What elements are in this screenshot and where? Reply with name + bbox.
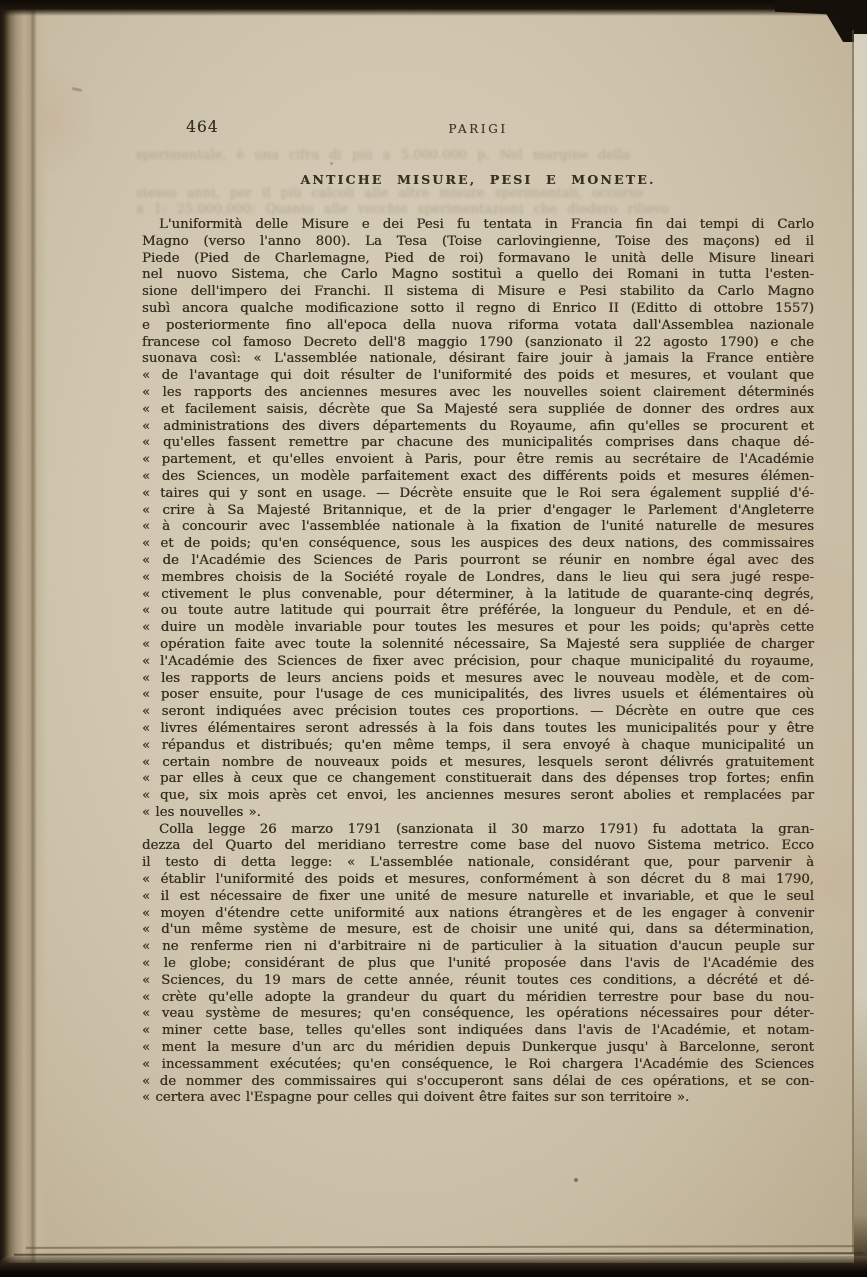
text-line: « crire à Sa Majesté Britannique, et de … bbox=[142, 503, 814, 520]
adjacent-page-edge bbox=[854, 34, 867, 1264]
text-line: Magno (verso l'anno 800). La Tesa (Toise… bbox=[142, 234, 814, 251]
paper-speck bbox=[330, 162, 333, 165]
text-line: « ctivement le plus convenable, pour dét… bbox=[142, 587, 814, 604]
text-line: « miner cette base, telles qu'elles sont… bbox=[142, 1023, 814, 1040]
text-line: « incessamment exécutées; qu'en conséque… bbox=[142, 1057, 814, 1074]
text-line: « duire un modèle invariable pour toutes… bbox=[142, 620, 814, 637]
text-line: « par elles à ceux que ce changement con… bbox=[142, 771, 814, 788]
text-line: il testo di detta legge: « L'assemblée n… bbox=[142, 855, 814, 872]
bleedthrough-line: sperimentale, è una cifra di più a 5.000… bbox=[136, 148, 818, 164]
top-page-edge bbox=[0, 0, 867, 16]
text-line: « l'Académie des Sciences de fixer avec … bbox=[142, 654, 814, 671]
left-page-edge bbox=[0, 0, 48, 1264]
text-line: « administrations des divers département… bbox=[142, 419, 814, 436]
text-line: « poser ensuite, pour l'usage de ces mun… bbox=[142, 687, 814, 704]
text-line: « ment la mesure d'un arc du méridien de… bbox=[142, 1040, 814, 1057]
running-title: PARIGI bbox=[448, 122, 507, 136]
text-line: « de l'avantage qui doit résulter de l'u… bbox=[142, 368, 814, 385]
text-line: « répandus et distribués; qu'en même tem… bbox=[142, 738, 814, 755]
text-line: « les rapports des anciennes mesures ave… bbox=[142, 385, 814, 402]
text-line: « certain nombre de nouveaux poids et me… bbox=[142, 755, 814, 772]
scanned-book-page: sperimentale, è una cifra di più a 5.000… bbox=[0, 0, 867, 1277]
text-line: sione dell'impero dei Franchi. Il sistem… bbox=[142, 284, 814, 301]
text-line: « membres choisis de la Société royale d… bbox=[142, 570, 814, 587]
text-line: « certera avec l'Espagne pour celles qui… bbox=[142, 1090, 814, 1107]
text-line: Colla legge 26 marzo 1791 (sanzionata il… bbox=[142, 822, 814, 839]
text-line: « que, six mois après cet envoi, les anc… bbox=[142, 788, 814, 805]
text-line: « et de poids; qu'en conséquence, sous l… bbox=[142, 536, 814, 553]
text-line: « établir l'uniformité des poids et mesu… bbox=[142, 872, 814, 889]
text-line: « qu'elles fassent remettre par chacune … bbox=[142, 435, 814, 452]
text-line: « de l'Académie des Sciences de Paris po… bbox=[142, 553, 814, 570]
text-line: francese col famoso Decreto dell'8 maggi… bbox=[142, 335, 814, 352]
text-line: « les rapports de leurs anciens poids et… bbox=[142, 671, 814, 688]
text-line: « seront indiquées avec précision toutes… bbox=[142, 704, 814, 721]
bottom-page-edge bbox=[0, 1263, 867, 1277]
text-line: L'uniformità delle Misure e dei Pesi fu … bbox=[142, 217, 814, 234]
bleedthrough-line: a 1: 25.000.000; Quanto alle vecchie spe… bbox=[136, 202, 818, 218]
bleedthrough-line: stesso anni, per il più calcoli alle alt… bbox=[136, 186, 818, 202]
body-text: L'uniformità delle Misure e dei Pesi fu … bbox=[142, 217, 814, 1107]
text-line: Piede (Pied de Charlemagne, Pied de roi)… bbox=[142, 251, 814, 268]
text-line: « partement, et qu'elles envoient à Pari… bbox=[142, 452, 814, 469]
text-line: « ou toute autre latitude qui pourrait ê… bbox=[142, 603, 814, 620]
text-line: dezza del Quarto del meridiano terrestre… bbox=[142, 838, 814, 855]
text-line: « de nommer des commissaires qui s'occup… bbox=[142, 1074, 814, 1091]
text-line: « crète qu'elle adopte la grandeur du qu… bbox=[142, 990, 814, 1007]
text-line: « Sciences, du 19 mars de cette année, r… bbox=[142, 973, 814, 990]
text-line: « opération faite avec toute la solennit… bbox=[142, 637, 814, 654]
text-line: « taires qui y sont en usage. — Décrète … bbox=[142, 486, 814, 503]
text-line: « moyen d'étendre cette uniformité aux n… bbox=[142, 906, 814, 923]
text-line: « veau système de mesures; qu'en conséqu… bbox=[142, 1006, 814, 1023]
page-header: 464 PARIGI bbox=[142, 118, 814, 138]
text-line: « ne renferme rien ni d'arbitraire ni de… bbox=[142, 939, 814, 956]
page-number: 464 bbox=[186, 118, 219, 136]
text-line: « le globe; considérant de plus que l'un… bbox=[142, 956, 814, 973]
text-line: « à concourir avec l'assemblée nationale… bbox=[142, 519, 814, 536]
text-line: « et facilement saisis, décrète que Sa M… bbox=[142, 402, 814, 419]
text-line: « les nouvelles ». bbox=[142, 805, 814, 822]
text-line: « des Sciences, un modèle parfaitement e… bbox=[142, 469, 814, 486]
page-content: sperimentale, è una cifra di più a 5.000… bbox=[142, 0, 814, 1277]
text-line: « d'un même système de mesure, est de ch… bbox=[142, 922, 814, 939]
section-heading: ANTICHE MISURE, PESI E MONETE. bbox=[142, 172, 814, 187]
paper-speck bbox=[574, 1178, 578, 1182]
text-line: nel nuovo Sistema, che Carlo Magno sosti… bbox=[142, 267, 814, 284]
text-line: « livres élémentaires seront adressés à … bbox=[142, 721, 814, 738]
text-line: subì ancora qualche modificazione sotto … bbox=[142, 301, 814, 318]
text-line: e posteriormente fino all'epoca della nu… bbox=[142, 318, 814, 335]
text-line: suonava così: « L'assemblée nationale, d… bbox=[142, 351, 814, 368]
text-line: « il est nécessaire de fixer une unité d… bbox=[142, 889, 814, 906]
